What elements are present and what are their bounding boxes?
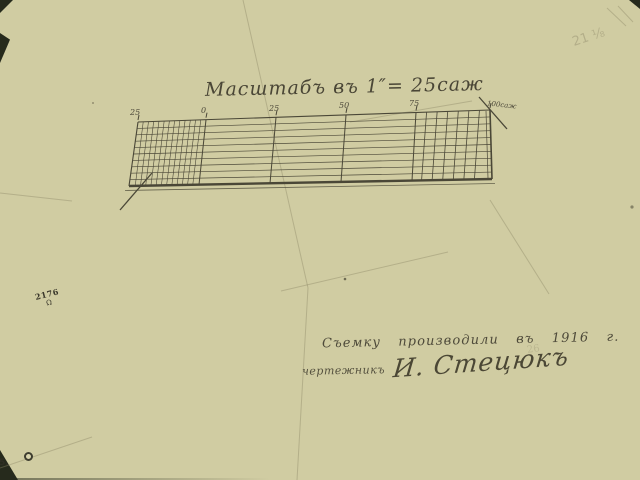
scale-tick-label-75: 75 <box>409 99 419 108</box>
scale-tick-label-25: 25 <box>269 104 279 113</box>
scale-tick-label-0: 0 <box>201 106 206 115</box>
margin-number-bottom-left: 5. <box>0 458 9 468</box>
scale-tick-label-50: 50 <box>339 101 349 110</box>
pencil-note-mid-right: 26 <box>526 343 540 356</box>
draftsman-label: чертежникъ <box>302 363 385 377</box>
survey-sheet: Масштабъ въ 1″= 25саж 25 0 25 50 75 100с… <box>0 0 640 480</box>
scale-bar-drawing <box>0 0 640 480</box>
scale-tick-label-25-left: 25 <box>130 108 140 117</box>
eyelet-ring <box>24 452 33 461</box>
